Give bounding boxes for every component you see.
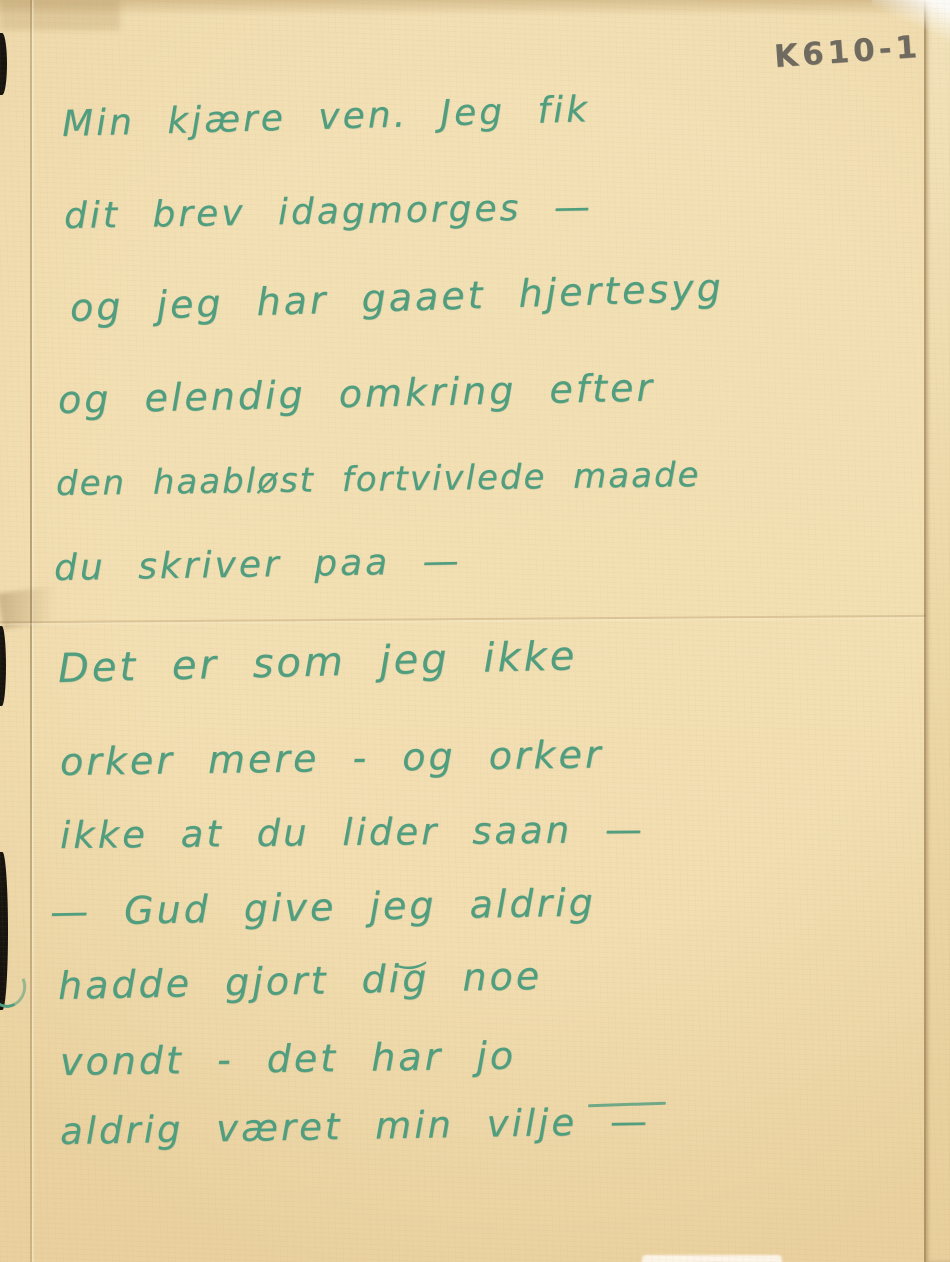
letter-line: og jeg har gaaet hjertesyg [69,265,724,330]
letter-scan-page: K610-1 Min kjære ven. Jeg fik dit brev i… [0,0,950,1262]
right-paper-edge-strip [926,0,950,1262]
vertical-fold-crease [30,0,32,1262]
letter-line: dit brev idagmorges — [64,187,593,237]
letter-line: vondt - det har jo [60,1034,517,1084]
scanner-edge-fragment [0,33,7,95]
letter-line: hadde gjort dig noe [58,954,543,1008]
catalog-number-label: K610-1 [773,29,922,75]
horizontal-fold-crease [0,615,950,624]
letter-line: og elendig omkring efter [58,365,656,421]
bottom-edge-highlight [642,1255,782,1262]
insertion-caret-mark: ‿ [394,929,425,972]
letter-line: orker mere - og orker [60,732,604,784]
letter-line: du skriver paa — [54,541,462,589]
right-paper-edge-line [924,0,926,1262]
letter-line: Det er som jeg ikke [57,633,577,692]
letter-line: aldrig været min vilje — [60,1100,651,1153]
scanner-edge-fragment [0,626,6,706]
letter-line: Min kjære ven. Jeg fik [61,89,590,145]
letter-line: ikke at du lider saan — [60,808,645,857]
letter-line: — Gud give jeg aldrig [50,880,597,934]
top-edge-shadow [0,0,950,16]
top-left-edge-shadow [0,0,120,30]
letter-line: den haabløst fortvivlede maade [56,455,701,504]
stray-ink-fragment [0,963,31,1012]
